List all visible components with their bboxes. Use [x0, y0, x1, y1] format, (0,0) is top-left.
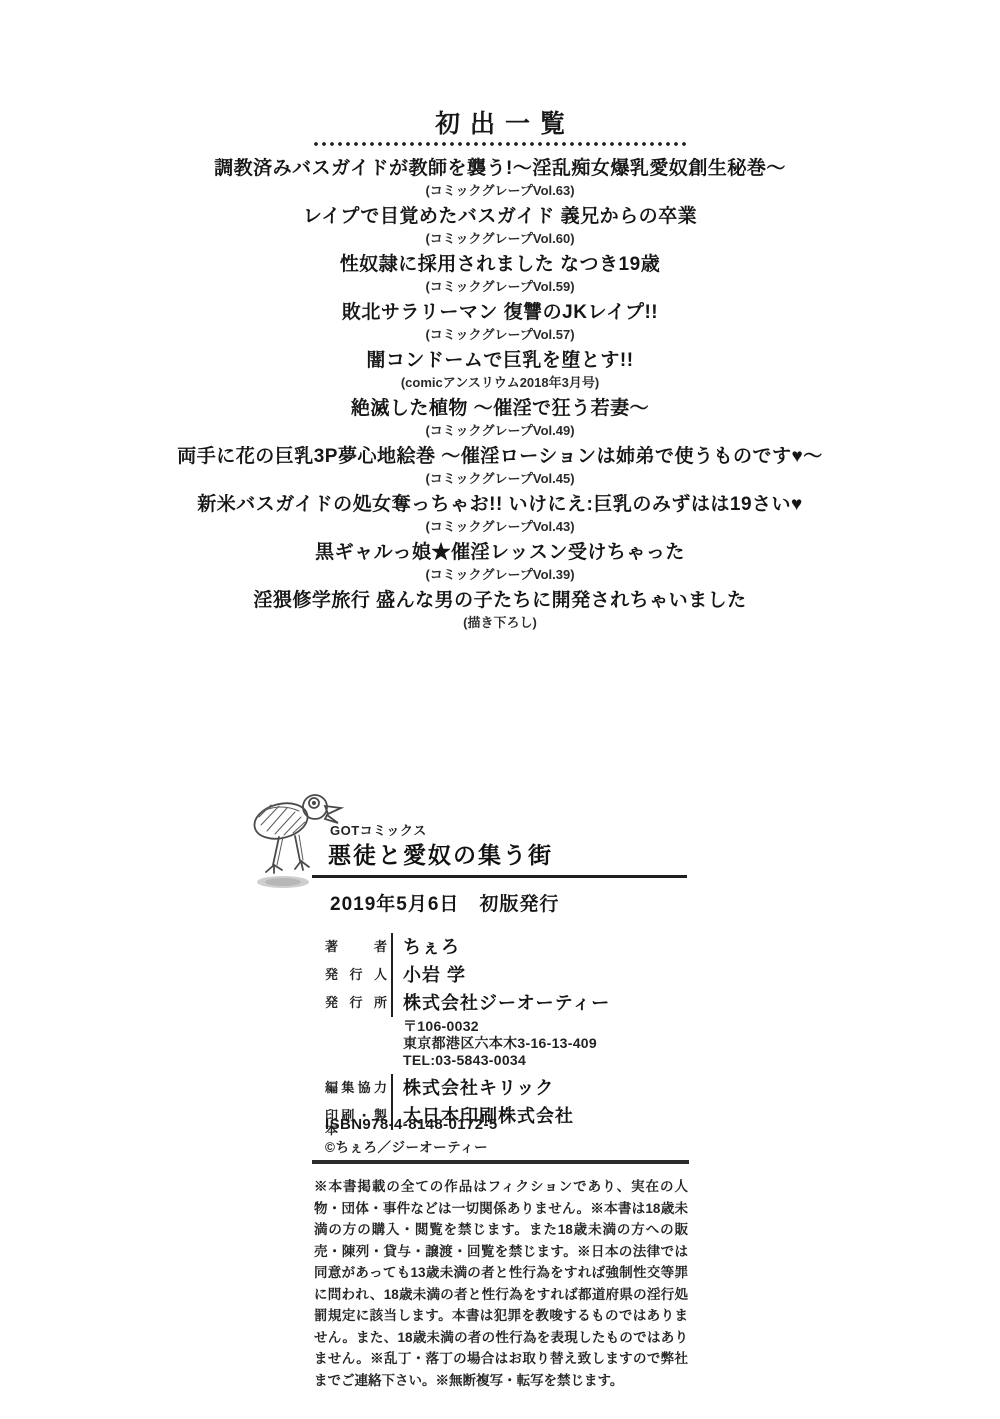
postal-code: 〒106-0032	[403, 1018, 687, 1035]
work-entry: 絶滅した植物 ～催淫で狂う若妻～ (コミックグレープVol.49)	[0, 396, 1000, 439]
work-entry: 調教済みバスガイドが教師を襲う!～淫乱痴女爆乳愛奴創生秘巻～ (コミックグレープ…	[0, 156, 1000, 199]
work-entry: 性奴隷に採用されました なつき19歳 (コミックグレープVol.59)	[0, 252, 1000, 295]
disclaimer-rule	[312, 1160, 689, 1164]
work-source: (コミックグレープVol.57)	[0, 326, 1000, 343]
work-source: (コミックグレープVol.49)	[0, 422, 1000, 439]
colophon-page: 初出一覧 調教済みバスガイドが教師を襲う!～淫乱痴女爆乳愛奴創生秘巻～ (コミッ…	[0, 0, 1000, 1419]
works-list: 調教済みバスガイドが教師を襲う!～淫乱痴女爆乳愛奴創生秘巻～ (コミックグレープ…	[0, 156, 1000, 636]
credit-value: 小岩 学	[391, 961, 466, 989]
credit-row-author: 著者 ちぇろ	[325, 933, 687, 961]
work-title: 黒ギャルっ娘★催淫レッスン受けちゃった	[0, 540, 1000, 566]
publisher-address: 〒106-0032 東京都港区六本木3-16-13-409 TEL:03-584…	[403, 1018, 687, 1069]
credit-value: 株式会社キリック	[391, 1074, 554, 1102]
work-entry: 淫猥修学旅行 盛んな男の子たちに開発されちゃいました (描き下ろし)	[0, 588, 1000, 631]
credit-row-publisher-person: 発行人 小岩 学	[325, 961, 687, 989]
work-source: (コミックグレープVol.59)	[0, 278, 1000, 295]
work-entry: 両手に花の巨乳3P夢心地絵巻 ～催淫ローションは姉弟で使うものです♥～ (コミッ…	[0, 444, 1000, 487]
work-title: 性奴隷に採用されました なつき19歳	[0, 252, 1000, 278]
credit-row-publishing-house: 発行所 株式会社ジーオーティー	[325, 989, 687, 1017]
credit-label: 編集協力	[325, 1074, 387, 1095]
credit-label: 発行人	[325, 961, 387, 982]
credit-value: 株式会社ジーオーティー	[391, 989, 610, 1017]
work-title: 絶滅した植物 ～催淫で狂う若妻～	[0, 396, 1000, 422]
phone-number: TEL:03-5843-0034	[403, 1052, 687, 1069]
work-source: (描き下ろし)	[0, 614, 1000, 631]
work-source: (コミックグレープVol.43)	[0, 518, 1000, 535]
work-source: (コミックグレープVol.60)	[0, 230, 1000, 247]
credit-row-editing: 編集協力 株式会社キリック	[325, 1074, 687, 1102]
work-source: (コミックグレープVol.39)	[0, 566, 1000, 583]
work-entry: 黒ギャルっ娘★催淫レッスン受けちゃった (コミックグレープVol.39)	[0, 540, 1000, 583]
credit-label: 著者	[325, 933, 387, 954]
edition-date: 2019年5月6日 初版発行	[330, 889, 559, 916]
dotted-divider	[312, 141, 690, 147]
street-address: 東京都港区六本木3-16-13-409	[403, 1035, 687, 1052]
title-rule	[312, 875, 687, 878]
isbn: ISBN978-4-8148-0172-5	[325, 1116, 498, 1133]
copyright-line: ©ちぇろ／ジーオーティー	[325, 1136, 488, 1156]
credit-value: ちぇろ	[391, 933, 460, 961]
disclaimer-text: ※本書掲載の全ての作品はフィクションであり、実在の人物・団体・事件などは一切関係…	[314, 1176, 688, 1391]
work-title: 淫猥修学旅行 盛んな男の子たちに開発されちゃいました	[0, 588, 1000, 614]
first-publication-title: 初出一覧	[0, 104, 1000, 140]
work-entry: 敗北サラリーマン 復讐のJKレイプ!! (コミックグレープVol.57)	[0, 300, 1000, 343]
work-source: (コミックグレープVol.63)	[0, 182, 1000, 199]
work-title: レイプで目覚めたバスガイド 義兄からの卒業	[0, 204, 1000, 230]
book-title: 悪徒と愛奴の集う街	[328, 837, 553, 870]
work-title: 新米バスガイドの処女奪っちゃお!! いけにえ:巨乳のみずはは19さい♥	[0, 492, 1000, 518]
work-title: 敗北サラリーマン 復讐のJKレイプ!!	[0, 300, 1000, 326]
work-source: (comicアンスリウム2018年3月号)	[0, 374, 1000, 391]
work-entry: レイプで目覚めたバスガイド 義兄からの卒業 (コミックグレープVol.60)	[0, 204, 1000, 247]
work-title: 調教済みバスガイドが教師を襲う!～淫乱痴女爆乳愛奴創生秘巻～	[0, 156, 1000, 182]
work-source: (コミックグレープVol.45)	[0, 470, 1000, 487]
credits-table: 著者 ちぇろ 発行人 小岩 学 発行所 株式会社ジーオーティー 〒106-003…	[325, 933, 687, 1137]
work-entry: 闇コンドームで巨乳を堕とす!! (comicアンスリウム2018年3月号)	[0, 348, 1000, 391]
work-title: 闇コンドームで巨乳を堕とす!!	[0, 348, 1000, 374]
work-title: 両手に花の巨乳3P夢心地絵巻 ～催淫ローションは姉弟で使うものです♥～	[0, 444, 1000, 470]
credit-label: 発行所	[325, 989, 387, 1010]
work-entry: 新米バスガイドの処女奪っちゃお!! いけにえ:巨乳のみずはは19さい♥ (コミッ…	[0, 492, 1000, 535]
